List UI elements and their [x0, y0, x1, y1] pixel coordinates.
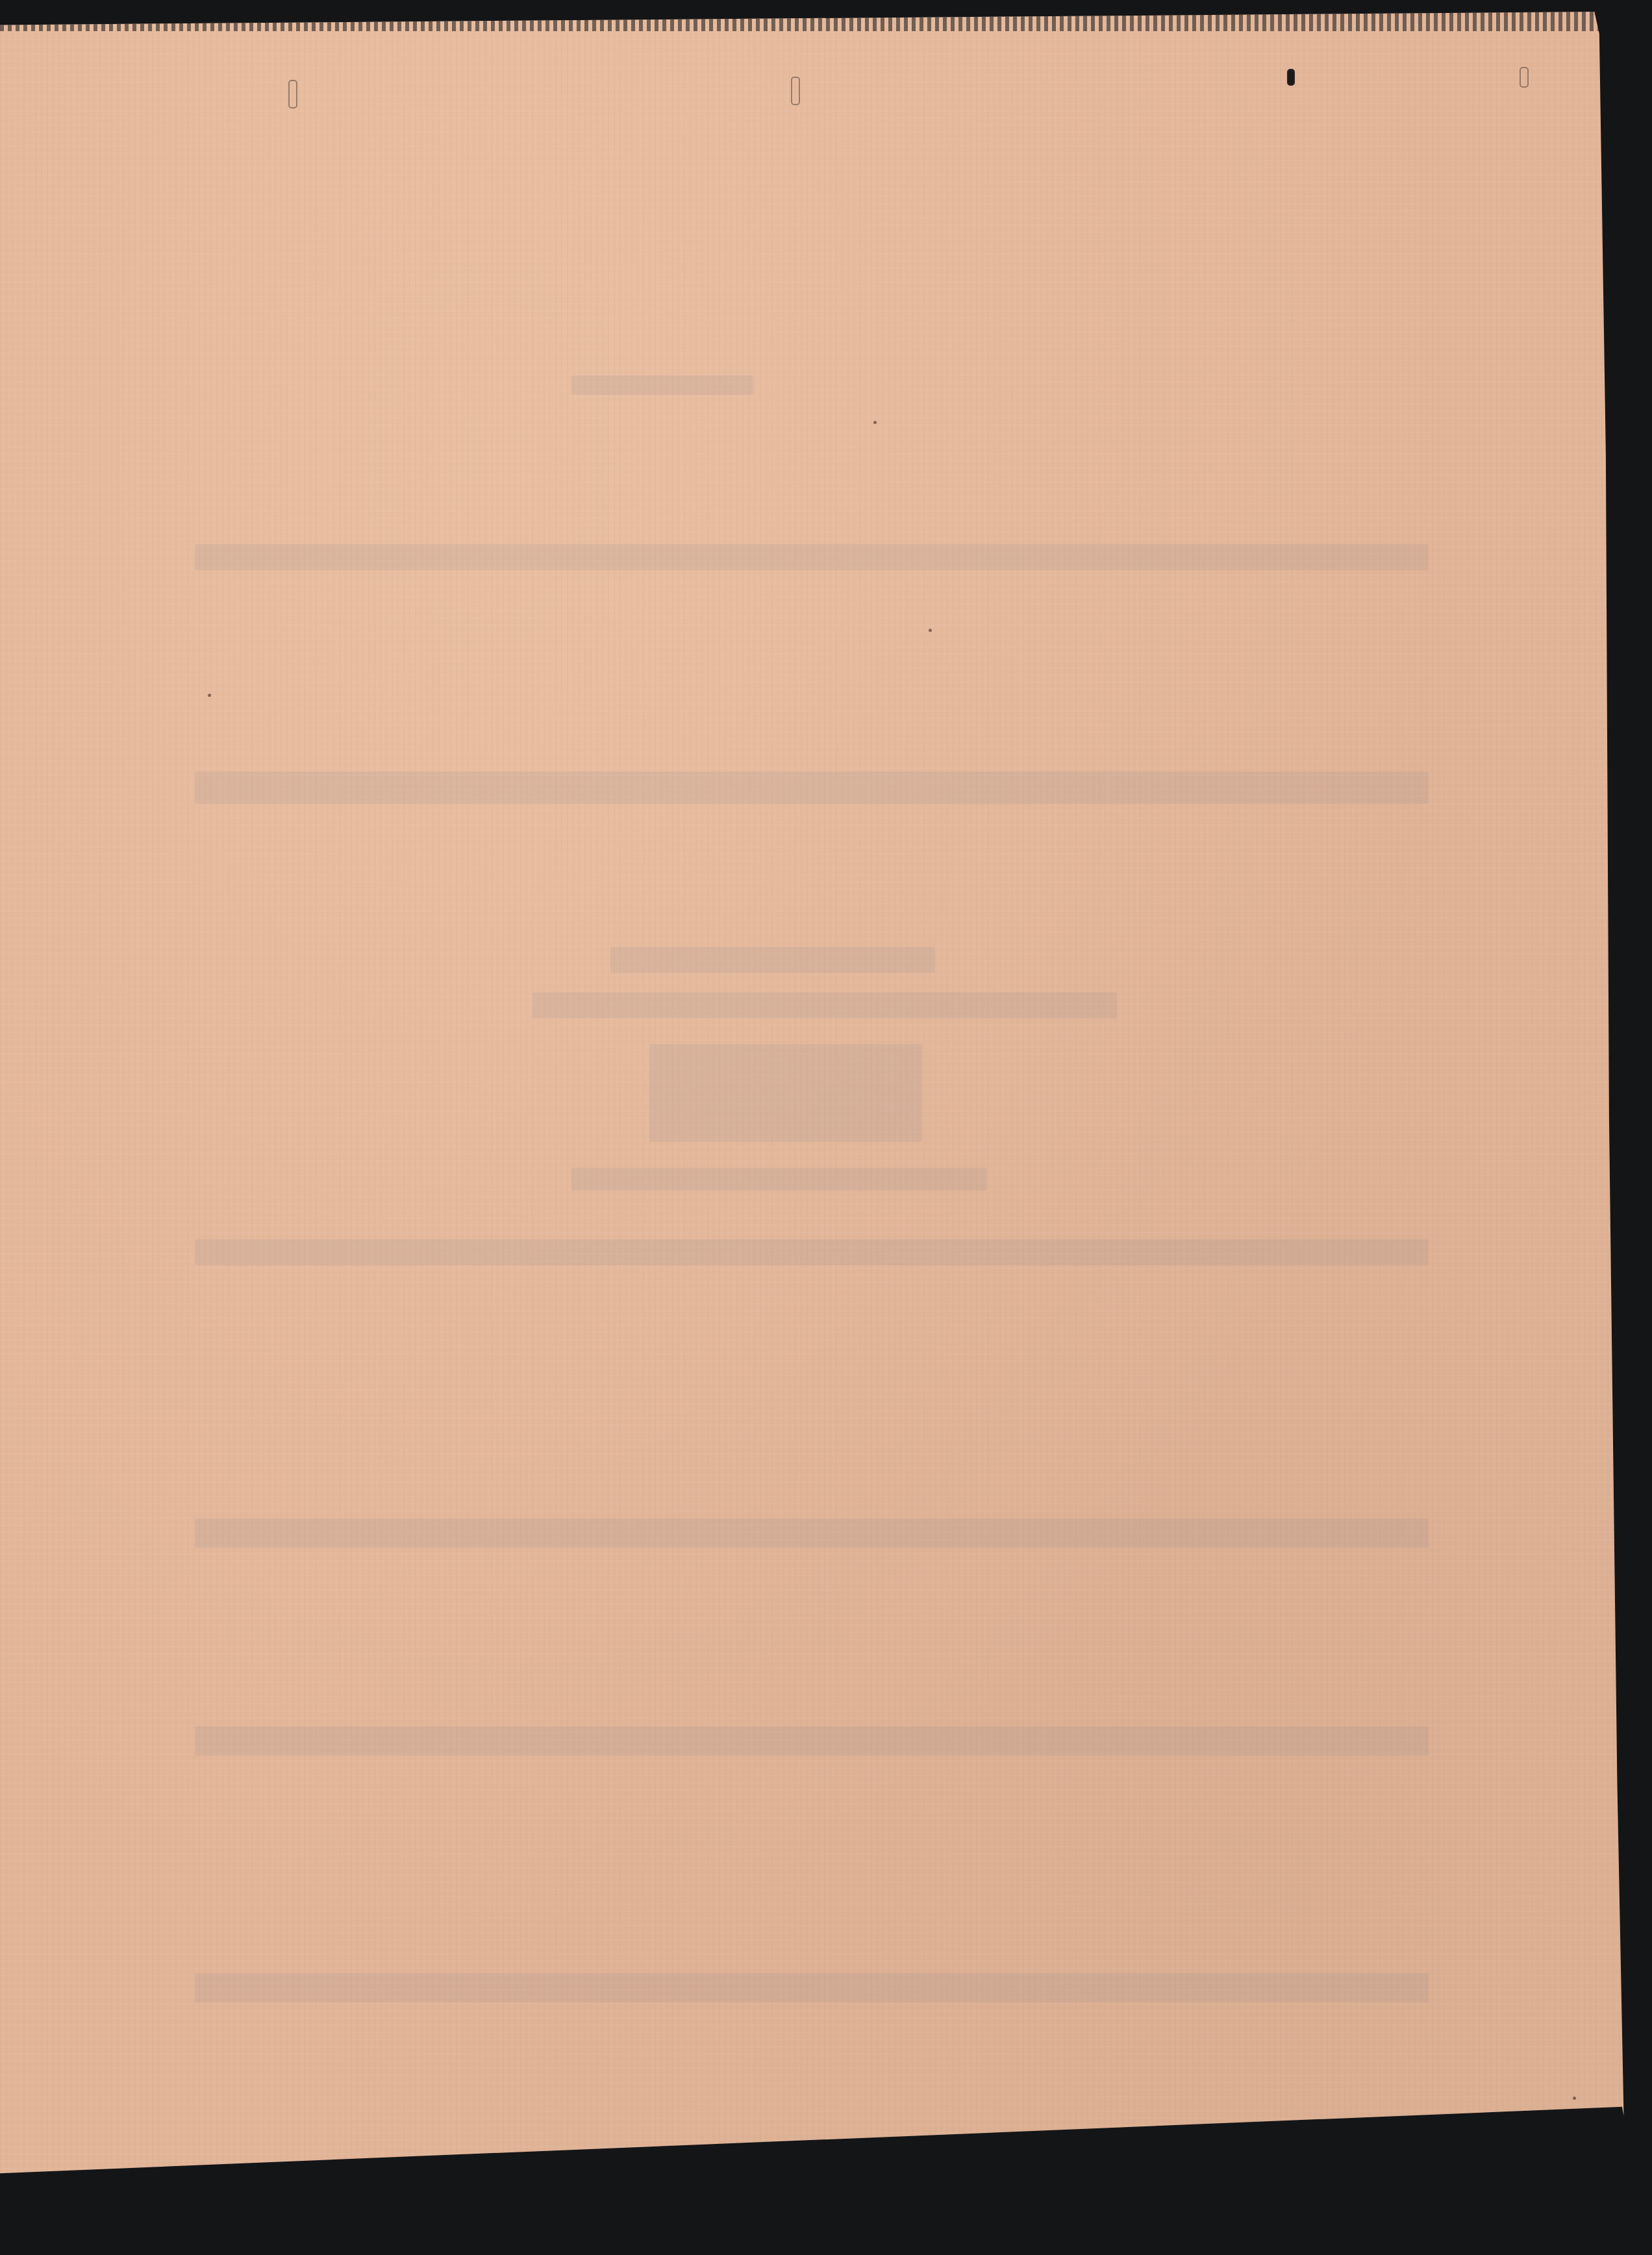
show-through — [610, 947, 935, 973]
punch-hole — [288, 80, 297, 108]
paper-speck — [929, 629, 932, 632]
punch-hole — [791, 77, 800, 105]
scanned-paper-sheet — [0, 12, 1629, 2226]
show-through — [195, 1726, 1429, 1756]
show-through — [195, 544, 1429, 570]
show-through — [195, 1973, 1429, 2002]
paper-speck — [208, 694, 211, 697]
paper-speck — [873, 421, 877, 424]
punch-hole — [1287, 69, 1295, 86]
show-through — [195, 1239, 1429, 1265]
show-through — [195, 772, 1429, 804]
show-through — [195, 1518, 1429, 1548]
show-through — [532, 992, 1117, 1018]
serrated-top-edge — [0, 12, 1623, 31]
show-through — [571, 375, 753, 395]
paper-speck — [1573, 2097, 1576, 2100]
show-through — [649, 1044, 922, 1142]
show-through — [571, 1168, 987, 1190]
punch-hole — [1520, 67, 1529, 88]
